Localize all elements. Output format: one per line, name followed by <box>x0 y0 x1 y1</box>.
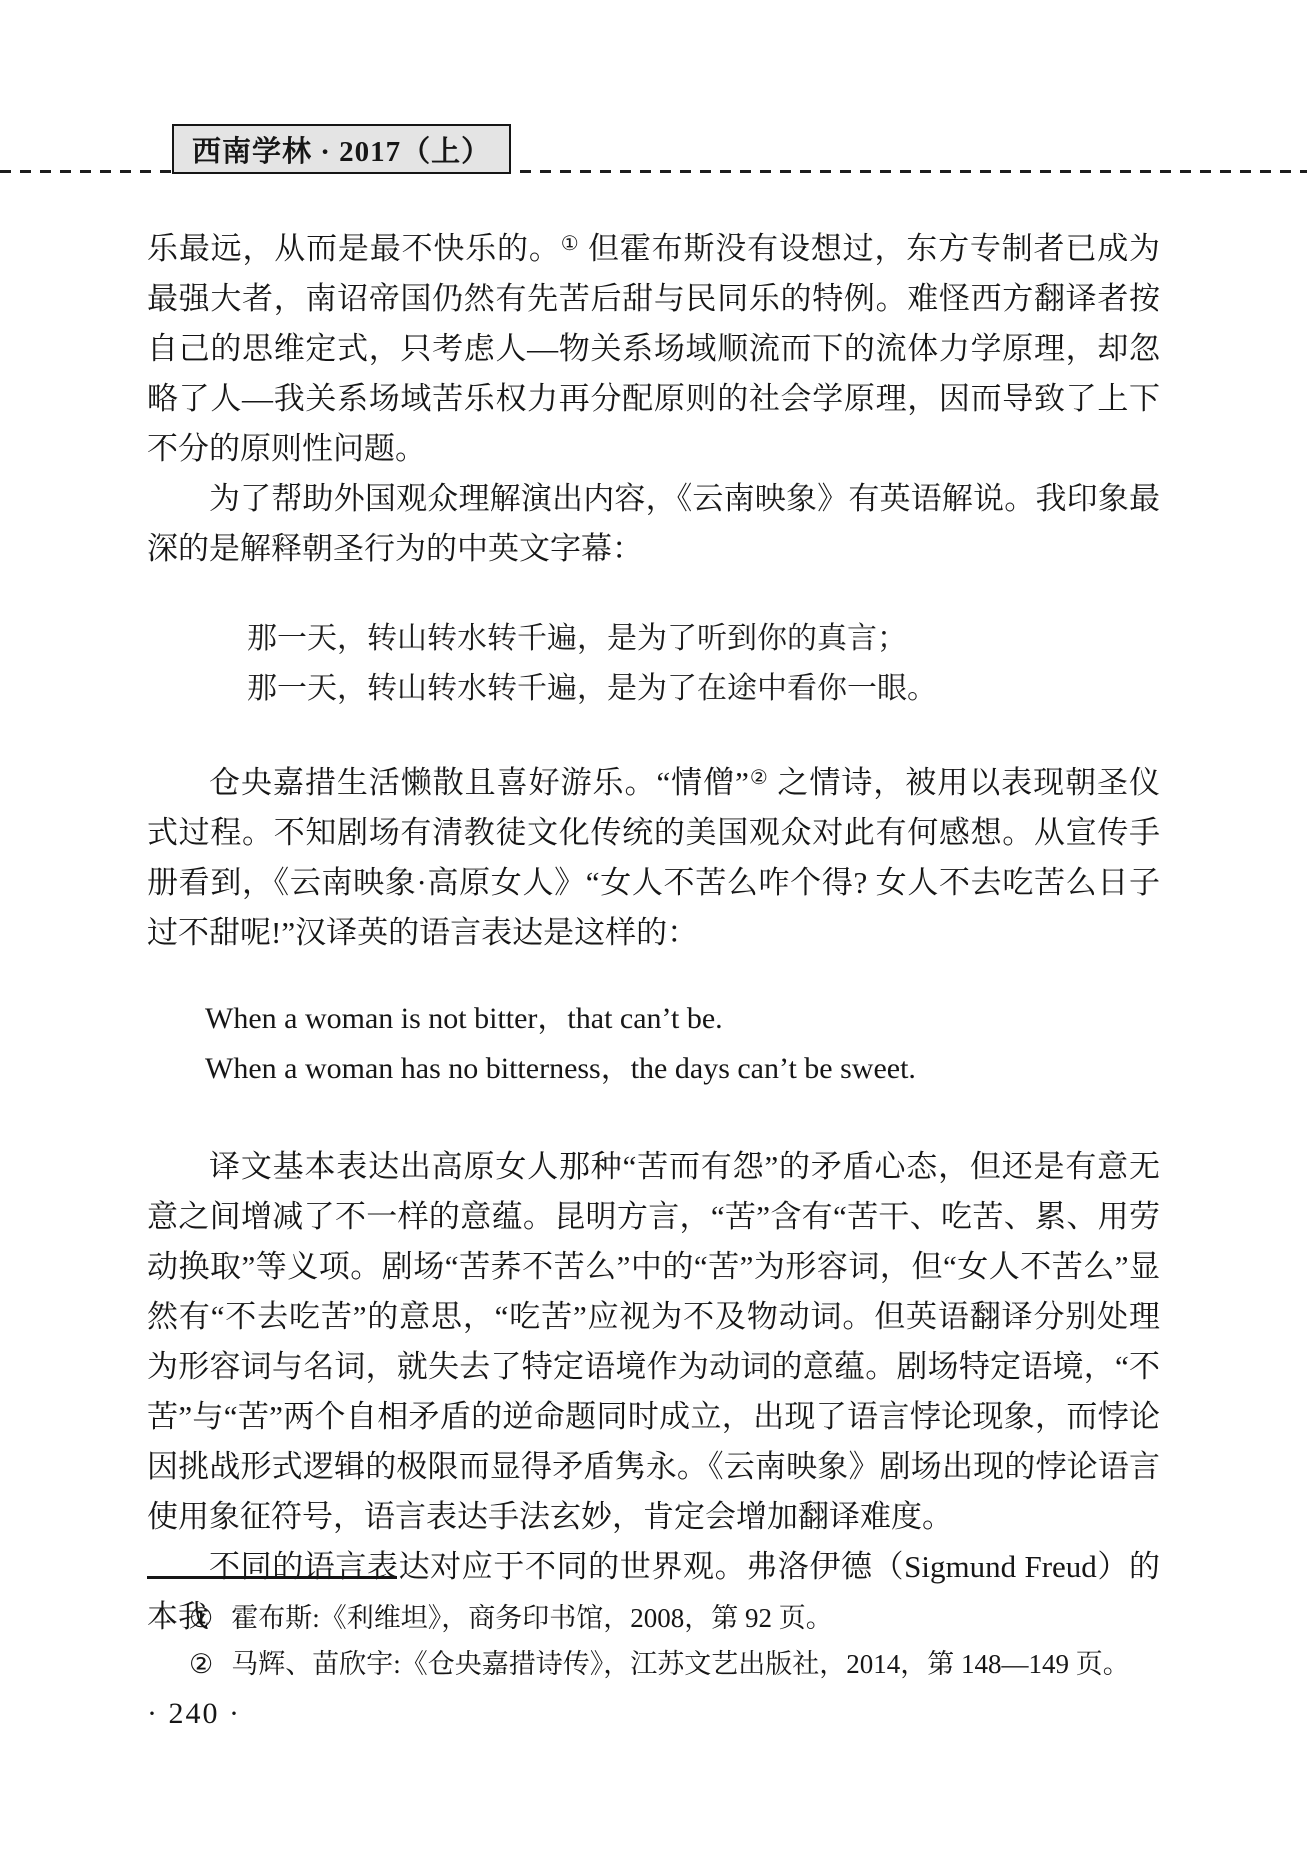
verse-line-2: 那一天，转山转水转千遍，是为了在途中看你一眼。 <box>247 664 1160 714</box>
footnote-ref-1: ① <box>561 233 580 255</box>
footnote-area: ①霍布斯:《利维坦》，商务印书馆，2008，第 92 页。 ②马辉、苗欣宇:《仓… <box>147 1576 1160 1731</box>
paragraph-1-text: 乐最远，从而是最不快乐的。 <box>147 231 561 266</box>
footnote-1-number: ① <box>189 1603 213 1633</box>
book-page: 西南学林 · 2017（上） 乐最远，从而是最不快乐的。① 但霍布斯没有设想过，… <box>0 0 1307 1859</box>
verse-line-1: 那一天，转山转水转千遍，是为了听到你的真言； <box>247 614 1160 664</box>
footnote-2-number: ② <box>189 1649 213 1679</box>
footnote-separator-line <box>147 1576 397 1579</box>
english-translation-quote: When a woman is not bitter，that can’t be… <box>147 994 1160 1094</box>
english-line-2: When a woman has no bitterness，the days … <box>205 1044 1160 1094</box>
footnote-1: ①霍布斯:《利维坦》，商务印书馆，2008，第 92 页。 <box>147 1595 1160 1641</box>
paragraph-1: 乐最远，从而是最不快乐的。① 但霍布斯没有设想过，东方专制者已成为最强大者，南诏… <box>147 224 1160 474</box>
footnote-ref-2: ② <box>749 767 769 789</box>
chinese-verse-quote: 那一天，转山转水转千遍，是为了听到你的真言； 那一天，转山转水转千遍，是为了在途… <box>147 614 1160 714</box>
footnote-2-text: 马辉、苗欣宇:《仓央嘉措诗传》，江苏文艺出版社，2014，第 148—149 页… <box>231 1649 1130 1679</box>
paragraph-4: 译文基本表达出高原女人那种“苦而有怨”的矛盾心态，但还是有意无意之间增减了不一样… <box>147 1142 1160 1542</box>
english-line-1: When a woman is not bitter，that can’t be… <box>205 994 1160 1044</box>
footnote-1-text: 霍布斯:《利维坦》，商务印书馆，2008，第 92 页。 <box>231 1603 833 1633</box>
paragraph-2: 为了帮助外国观众理解演出内容，《云南映象》有英语解说。我印象最深的是解释朝圣行为… <box>147 474 1160 574</box>
journal-header-badge: 西南学林 · 2017（上） <box>172 124 511 174</box>
paragraph-3-text: 仓央嘉措生活懒散且喜好游乐。“情僧” <box>209 765 749 800</box>
footnote-2: ②马辉、苗欣宇:《仓央嘉措诗传》，江苏文艺出版社，2014，第 148—149 … <box>147 1641 1160 1687</box>
journal-title: 西南学林 · 2017（上） <box>192 129 491 170</box>
page-number: · 240 · <box>147 1697 1160 1731</box>
paragraph-3: 仓央嘉措生活懒散且喜好游乐。“情僧”② 之情诗，被用以表现朝圣仪式过程。不知剧场… <box>147 758 1160 958</box>
paragraph-1-continuation: 但霍布斯没有设想过，东方专制者已成为最强大者，南诏帝国仍然有先苦后甜与民同乐的特… <box>147 231 1160 466</box>
page-content: 乐最远，从而是最不快乐的。① 但霍布斯没有设想过，东方专制者已成为最强大者，南诏… <box>147 224 1160 1642</box>
